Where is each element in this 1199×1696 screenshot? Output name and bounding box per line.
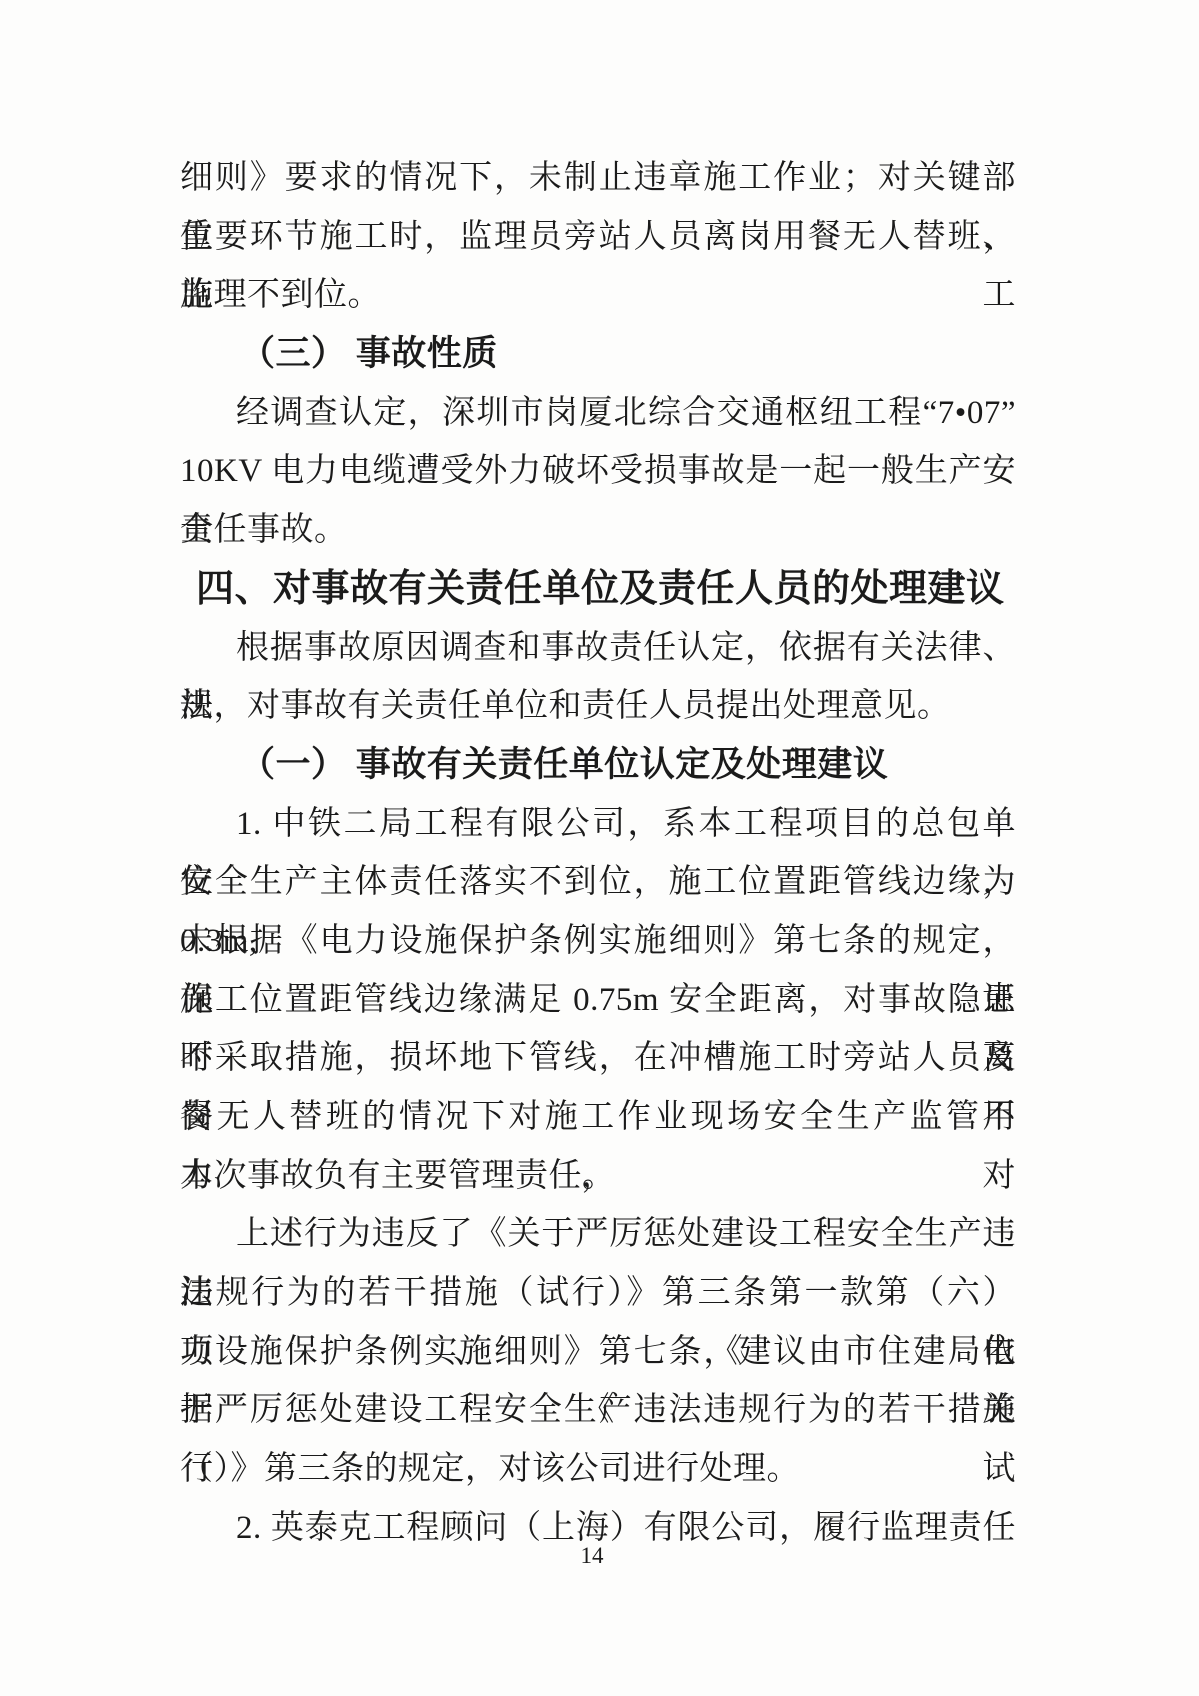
text-line: 未根据《电力设施保护条例实施细则》第七条的规定，保证 [180,912,1016,971]
document-page: 细则》要求的情况下，未制止违章施工作业；对关键部位、重要环节施工时，监理员旁站人… [0,0,1199,1696]
text-line: 施工位置距管线边缘满足 0.75m 安全距离，对事故隐患不及 [180,971,1016,1030]
text-line: 力设施保护条例实施细则》第七条，建议由市住建局依据《关 [180,1323,1016,1382]
section-heading: 四、对事故有关责任单位及责任人员的处理建议 [180,560,1016,619]
document-body: 细则》要求的情况下，未制止违章施工作业；对关键部位、重要环节施工时，监理员旁站人… [180,149,1016,1558]
section-heading: （三） 事故性质 [180,325,1016,384]
text-line: 细则》要求的情况下，未制止违章施工作业；对关键部位、 [180,149,1016,208]
text-line: 规，对事故有关责任单位和责任人员提出处理意见。 [180,677,1016,736]
text-line: 餐无人替班的情况下对施工作业现场安全生产监管不力，对 [180,1088,1016,1147]
text-line: 违规行为的若干措施（试行）》第三条第一款第（六）项、《电 [180,1264,1016,1323]
text-line: 经调查认定，深圳市岗厦北综合交通枢纽工程“7•07” [180,384,1016,443]
text-line: 1. 中铁二局工程有限公司，系本工程项目的总包单位， [180,795,1016,854]
text-line: 10KV 电力电缆遭受外力破坏受损事故是一起一般生产安全 [180,442,1016,501]
text-line: 根据事故原因调查和事故责任认定，依据有关法律、法 [180,619,1016,678]
text-line: 时采取措施，损坏地下管线，在冲槽施工时旁站人员离岗用 [180,1029,1016,1088]
section-heading: （一） 事故有关责任单位认定及处理建议 [180,736,1016,795]
text-line: 于严厉惩处建设工程安全生产违法违规行为的若干措施（试 [180,1381,1016,1440]
text-line: 安全生产主体责任落实不到位，施工位置距管线边缘为 0.3m, [180,853,1016,912]
text-line: 责任事故。 [180,501,1016,560]
page-number: 14 [0,1540,1184,1572]
text-line: 上述行为违反了《关于严厉惩处建设工程安全生产违法 [180,1205,1016,1264]
text-line: 重要环节施工时，监理员旁站人员离岗用餐无人替班，施工 [180,208,1016,267]
